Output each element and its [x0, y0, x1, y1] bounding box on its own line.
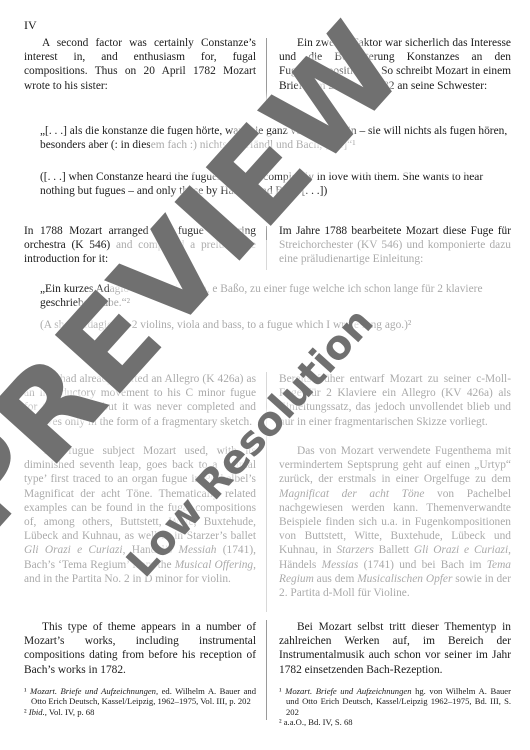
para5-german: Bei Mozart selbst tritt dieser Thementyp…	[279, 620, 511, 677]
para5-english: This type of theme appears in a number o…	[24, 620, 256, 677]
para5-de-text: Bei Mozart selbst tritt dieser Thementyp…	[279, 620, 511, 677]
footnote: ² Ibid., Vol. IV, p. 68	[24, 707, 256, 717]
adagio-quote-original: „Ein kurzes Adagio à 2 violini, viola, e…	[40, 282, 510, 310]
intro-de-text: Ein zweiter Faktor war sicherlich das In…	[279, 36, 511, 93]
footnote: ² a.a.O., Bd. IV, S. 68	[279, 717, 511, 727]
footnotes-english: ¹ Mozart. Briefe und Aufzeichnungen, ed.…	[24, 686, 256, 717]
adagio-quote-translation: (A short Adagio for 2 violins, viola and…	[40, 318, 510, 332]
footnote: ¹ Mozart. Briefe und Aufzeichnungen, ed.…	[24, 686, 256, 707]
para5-en-text: This type of theme appears in a number o…	[24, 620, 256, 677]
para3-en-text: Mozart had already drafted an Allegro (K…	[24, 372, 256, 429]
column-divider	[266, 38, 267, 108]
para4-en-text: The fugue subject Mozart used, with its …	[24, 444, 256, 586]
para3-de-text: Bereits früher entwarf Mozart zu seiner …	[279, 372, 511, 429]
para4-de-text: Das von Mozart verwendete Fugenthema mit…	[279, 444, 511, 600]
para2-english: In 1788 Mozart arranged this fugue for s…	[24, 224, 256, 267]
para4-german: Das von Mozart verwendete Fugenthema mit…	[279, 444, 511, 600]
column-divider	[266, 372, 267, 612]
page-number: IV	[24, 18, 37, 33]
para3-english: Mozart had already drafted an Allegro (K…	[24, 372, 256, 429]
intro-en-text: A second factor was certainly Constanze’…	[24, 36, 256, 93]
para2-en-text: In 1788 Mozart arranged this fugue for s…	[24, 224, 256, 267]
intro-german: Ein zweiter Faktor war sicherlich das In…	[279, 36, 511, 93]
letter-quote-translation: ([. . .] when Constanze heard the fugues…	[40, 170, 510, 198]
para2-de-text: Im Jahre 1788 bearbeitete Mozart diese F…	[279, 224, 511, 267]
para3-german: Bereits früher entwarf Mozart zu seiner …	[279, 372, 511, 429]
column-divider	[266, 226, 267, 270]
document-page: IV A second factor was certainly Constan…	[0, 0, 530, 750]
column-divider	[266, 620, 267, 720]
para4-english: The fugue subject Mozart used, with its …	[24, 444, 256, 586]
para2-german: Im Jahre 1788 bearbeitete Mozart diese F…	[279, 224, 511, 267]
footnote: ¹ Mozart. Briefe und Aufzeichnungen hg. …	[279, 686, 511, 717]
letter-quote-original: „[. . .] als die konstanze die fugen hör…	[40, 124, 510, 152]
intro-english: A second factor was certainly Constanze’…	[24, 36, 256, 93]
footnotes-german: ¹ Mozart. Briefe und Aufzeichnungen hg. …	[279, 686, 511, 728]
